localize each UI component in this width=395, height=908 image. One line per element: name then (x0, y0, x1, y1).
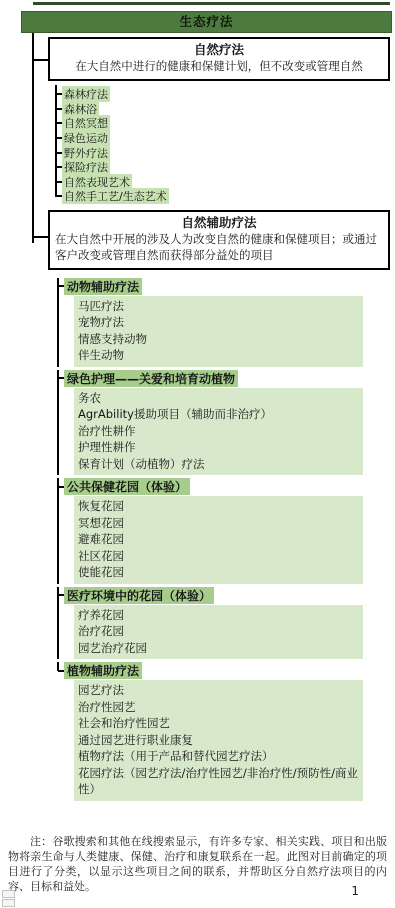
leaf-item: 自然手工艺/生态艺术 (55, 189, 395, 204)
group-item-label: 园艺疗法 (78, 682, 359, 699)
group-items: 园艺疗法 治疗性园艺 社会和治疗性园艺 通过园艺进行职业康复 植物疗法（用于产品… (74, 680, 363, 801)
group-item-label: 植物疗法（用于产品和替代园艺疗法） (78, 748, 359, 765)
group-item-label: 务农 (78, 390, 359, 407)
corner-thumbnail-artifact (2, 890, 15, 898)
group-item-label: 通过园艺进行职业康复 (78, 732, 359, 749)
category-group: 植物辅助疗法 园艺疗法 治疗性园艺 社会和治疗性园艺 通过园艺进行职业康复 植物… (57, 662, 395, 801)
group-item-label: 保育计划（动植物）疗法 (78, 456, 359, 473)
nature-assisted-therapy-box: 自然辅助疗法 在大自然中开展的涉及人为改变自然的健康和保健项目；或通过客户改变或… (48, 210, 390, 270)
group-heading: 绿色护理——关爱和培育动植物 (58, 370, 395, 387)
top-rule (33, 2, 390, 5)
ecotherapy-tree: 自然疗法 在大自然中进行的健康和保健计划，但不改变或管理自然 森林疗法 森林浴 … (0, 33, 395, 804)
group-heading-label: 动物辅助疗法 (64, 278, 142, 295)
group-item-label: 情感支持动物 (78, 331, 359, 348)
nature-assisted-therapy-description: 在大自然中开展的涉及人为改变自然的健康和保健项目；或通过客户改变或管理自然而获得… (55, 231, 383, 263)
group-item-label: 伴生动物 (78, 347, 359, 364)
leaf-item: 森林疗法 (55, 87, 395, 102)
group-item-label: 园艺治疗花园 (78, 640, 359, 657)
leaf-item: 自然表现艺术 (55, 175, 395, 190)
leaf-item-label: 野外疗法 (62, 145, 110, 161)
group-items: 务农 AgrAbility援助项目（辅助而非治疗） 治疗性耕作 护理性耕作 保育… (74, 388, 363, 476)
group-heading: 动物辅助疗法 (58, 278, 395, 295)
group-item-label: 宠物疗法 (78, 314, 359, 331)
leaf-item: 探险疗法 (55, 160, 395, 175)
subtree: 动物辅助疗法 马匹疗法 宠物疗法 情感支持动物 伴生动物 绿色护理——关爱和培育… (57, 278, 395, 801)
nature-therapy-description: 在大自然中进行的健康和保健计划，但不改变或管理自然 (55, 58, 383, 74)
group-heading: 植物辅助疗法 (58, 662, 395, 679)
group-item-label: 治疗性耕作 (78, 423, 359, 440)
group-item-label: 冥想花园 (78, 515, 359, 532)
category-group: 绿色护理——关爱和培育动植物 务农 AgrAbility援助项目（辅助而非治疗）… (57, 370, 395, 476)
group-heading-label: 绿色护理——关爱和培育动植物 (64, 370, 238, 387)
leaf-item-label: 自然手工艺/生态艺术 (62, 188, 169, 204)
slide-page: 生态疗法 自然疗法 在大自然中进行的健康和保健计划，但不改变或管理自然 森林疗法… (0, 0, 395, 908)
category-group: 医疗环境中的花园（体验） 疗养花园 治疗花园 园艺治疗花园 (57, 587, 395, 660)
group-item-label: 使能花园 (78, 564, 359, 581)
nature-therapy-items: 森林疗法 森林浴 自然冥想 绿色运动 野外疗法 探险疗法 自然表现艺术 自然手工… (55, 85, 395, 204)
group-item-label: 治疗花园 (78, 623, 359, 640)
leaf-item-label: 森林疗法 (62, 86, 110, 102)
page-title: 生态疗法 (21, 11, 392, 33)
leaf-item: 野外疗法 (55, 145, 395, 160)
page-number: 1 (351, 884, 359, 898)
group-heading-label: 植物辅助疗法 (64, 662, 142, 679)
category-group: 动物辅助疗法 马匹疗法 宠物疗法 情感支持动物 伴生动物 (57, 278, 395, 367)
footnote: 注：谷歌搜索和其他在线搜索显示，有许多专家、相关实践、项目和出版物将亲生命与人类… (8, 834, 387, 894)
group-item-label: 花园疗法（园艺疗法/治疗性园艺/非治疗性/预防性/商业性） (78, 765, 359, 798)
leaf-item-label: 自然冥想 (62, 115, 110, 131)
group-items: 疗养花园 治疗花园 园艺治疗花园 (74, 605, 363, 660)
group-item-label: 避难花园 (78, 531, 359, 548)
nature-therapy-box: 自然疗法 在大自然中进行的健康和保健计划，但不改变或管理自然 (48, 37, 390, 81)
leaf-item-label: 森林浴 (62, 101, 99, 117)
group-item-label: 社会和治疗性园艺 (78, 715, 359, 732)
corner-thumbnail-artifact (2, 899, 15, 907)
category-group: 公共保健花园（体验） 恢复花园 冥想花园 避难花园 社区花园 使能花园 (57, 478, 395, 584)
group-heading: 公共保健花园（体验） (58, 478, 395, 495)
group-item-label: 社区花园 (78, 548, 359, 565)
leaf-item: 绿色运动 (55, 131, 395, 146)
trunk-line (32, 33, 34, 243)
group-heading: 医疗环境中的花园（体验） (58, 587, 395, 604)
leaf-item: 森林浴 (55, 102, 395, 117)
leaf-item-label: 探险疗法 (62, 159, 110, 175)
group-item-label: 恢复花园 (78, 498, 359, 515)
group-heading-label: 公共保健花园（体验） (64, 478, 190, 495)
nature-assisted-therapy-title: 自然辅助疗法 (55, 215, 383, 231)
group-item-label: AgrAbility援助项目（辅助而非治疗） (78, 406, 359, 423)
group-item-label: 治疗性园艺 (78, 699, 359, 716)
group-item-label: 护理性耕作 (78, 439, 359, 456)
leaf-item-label: 自然表现艺术 (62, 174, 132, 190)
leaf-item-label: 绿色运动 (62, 130, 110, 146)
group-heading-label: 医疗环境中的花园（体验） (64, 587, 214, 604)
group-items: 马匹疗法 宠物疗法 情感支持动物 伴生动物 (74, 296, 363, 367)
nature-therapy-title: 自然疗法 (55, 42, 383, 58)
group-items: 恢复花园 冥想花园 避难花园 社区花园 使能花园 (74, 496, 363, 584)
group-item-label: 疗养花园 (78, 607, 359, 624)
group-item-label: 马匹疗法 (78, 298, 359, 315)
leaf-item: 自然冥想 (55, 116, 395, 131)
